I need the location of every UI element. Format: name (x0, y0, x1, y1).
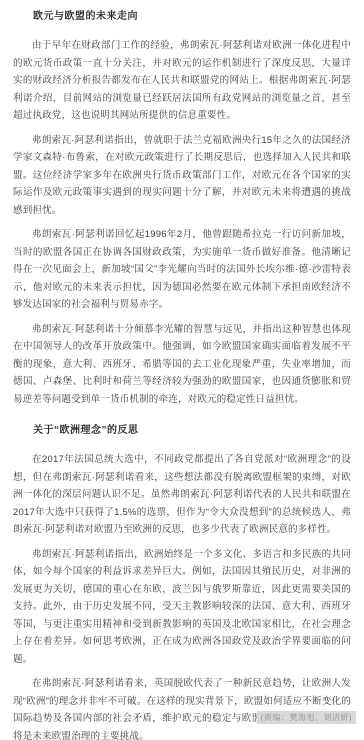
section-heading: 欧元与欧盟的未来走向 (13, 9, 351, 24)
article-paragraph: 弗朗索瓦·阿瑟利诺回忆起1996年2月，他曾跟随希拉克一行访问新加坡，当时的欧盟… (13, 226, 351, 314)
article-section-euro-future: 欧元与欧盟的未来走向 由于早年在财政部门工作的经验，弗朗索瓦·阿瑟利诺对欧洲一体… (13, 9, 351, 408)
article-paragraph: 由于早年在财政部门工作的经验，弗朗索瓦·阿瑟利诺对欧洲一体化进程中的欧元货币政策… (13, 37, 351, 125)
article-paragraph: 弗朗索瓦·阿瑟利诺指出，曾就职于法兰克福欧洲央行15年之久的法国经济学家文森特·… (13, 132, 351, 220)
article-page: 欧元与欧盟的未来走向 由于早年在财政部门工作的经验，弗朗索瓦·阿瑟利诺对欧洲一体… (0, 0, 364, 740)
editor-credit-row: (责编：樊海旭、刘洁妍) (257, 707, 356, 725)
article-paragraph: 弗朗索瓦·阿瑟利诺指出，欧洲始终是一个多文化、多语言和多民族的共同体，如今每个国… (13, 546, 351, 669)
section-heading: 关于“欧洲理念”的反思 (13, 423, 351, 438)
editor-credit-badge: (责编：樊海旭、刘洁妍) (257, 711, 356, 724)
article-paragraph: 弗朗索瓦·阿瑟利诺十分倾慕李光耀的智慧与远见，并指出这种智慧也体现在中国领导人的… (13, 321, 351, 409)
article-paragraph: 在2017年法国总统大选中，不同政党都提出了各自党派对“欧洲理念”的设想，但在弗… (13, 451, 351, 539)
article-section-european-idea: 关于“欧洲理念”的反思 在2017年法国总统大选中，不同政党都提出了各自党派对“… (13, 423, 351, 740)
